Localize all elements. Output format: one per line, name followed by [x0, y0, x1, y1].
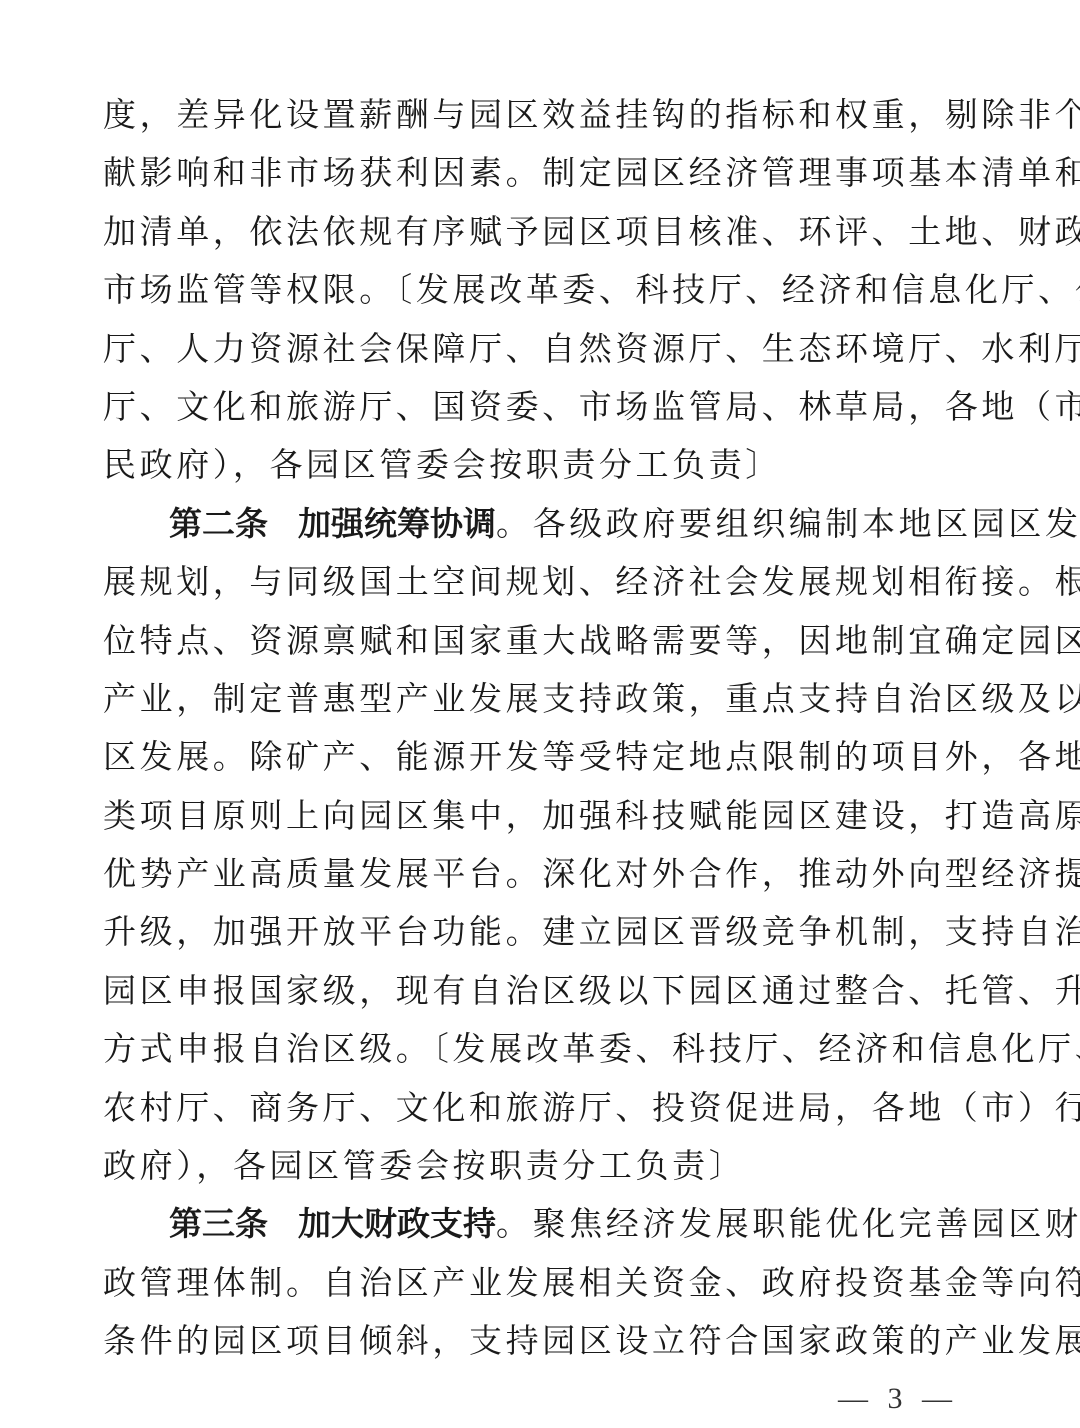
- article-number: 第二条: [169, 504, 268, 543]
- text-line: 产业，制定普惠型产业发展支持政策，重点支持自治区级及以上园: [103, 670, 979, 728]
- page-number: — 3 —: [838, 1382, 958, 1416]
- article-heading-line: 第二条加强统筹协调。各级政府要组织编制本地区园区发: [103, 495, 979, 553]
- text-line: 度，差异化设置薪酬与园区效益挂钩的指标和权重，剔除非个人贡: [103, 86, 979, 144]
- text-line: 条件的园区项目倾斜，支持园区设立符合国家政策的产业发展基: [103, 1312, 979, 1370]
- text-line: 展规划，与同级国土空间规划、经济社会发展规划相衔接。根据区: [103, 553, 979, 611]
- text-line: 位特点、资源禀赋和国家重大战略需要等，因地制宜确定园区主导: [103, 612, 979, 670]
- text-line: 加清单，依法依规有序赋予园区项目核准、环评、土地、财政、林草、: [103, 203, 979, 261]
- text-line: 类项目原则上向园区集中，加强科技赋能园区建设，打造高原特色: [103, 787, 979, 845]
- article-text: 。聚焦经济发展职能优化完善园区财: [496, 1204, 1080, 1243]
- article-heading-line: 第三条加大财政支持。聚焦经济发展职能优化完善园区财: [103, 1195, 979, 1253]
- article-3: 第三条加大财政支持。聚焦经济发展职能优化完善园区财 政管理体制。自治区产业发展相…: [103, 1195, 979, 1370]
- document-page: 度，差异化设置薪酬与园区效益挂钩的指标和权重，剔除非个人贡 献影响和非市场获利因…: [103, 86, 979, 1371]
- text-line: 农村厅、商务厅、文化和旅游厅、投资促进局，各地（市）行署（人民: [103, 1079, 979, 1137]
- article-title: 加强统筹协调: [298, 504, 496, 543]
- text-line: 政府），各园区管委会按职责分工负责〕: [103, 1137, 979, 1195]
- text-line: 市场监管等权限。〔发展改革委、科技厅、经济和信息化厅、公安: [103, 261, 979, 319]
- article-number: 第三条: [169, 1204, 268, 1243]
- text-line: 方式申报自治区级。〔发展改革委、科技厅、经济和信息化厅、农业: [103, 1020, 979, 1078]
- continued-paragraph: 度，差异化设置薪酬与园区效益挂钩的指标和权重，剔除非个人贡 献影响和非市场获利因…: [103, 86, 979, 495]
- text-line: 区发展。除矿产、能源开发等受特定地点限制的项目外，各地产业: [103, 728, 979, 786]
- text-line: 厅、文化和旅游厅、国资委、市场监管局、林草局，各地（市）行署（人: [103, 378, 979, 436]
- text-line: 厅、人力资源社会保障厅、自然资源厅、生态环境厅、水利厅、商务: [103, 320, 979, 378]
- article-title: 加大财政支持: [298, 1204, 496, 1243]
- text-line: 政管理体制。自治区产业发展相关资金、政府投资基金等向符合: [103, 1254, 979, 1312]
- article-2: 第二条加强统筹协调。各级政府要组织编制本地区园区发 展规划，与同级国土空间规划、…: [103, 495, 979, 1196]
- text-line: 园区申报国家级，现有自治区级以下园区通过整合、托管、升级等: [103, 962, 979, 1020]
- text-line: 民政府），各园区管委会按职责分工负责〕: [103, 436, 979, 494]
- text-line: 献影响和非市场获利因素。制定园区经济管理事项基本清单和附: [103, 144, 979, 202]
- text-line: 优势产业高质量发展平台。深化对外合作，推动外向型经济提质: [103, 845, 979, 903]
- text-line: 升级，加强开放平台功能。建立园区晋级竞争机制，支持自治区级: [103, 903, 979, 961]
- article-text: 。各级政府要组织编制本地区园区发: [496, 504, 1080, 543]
